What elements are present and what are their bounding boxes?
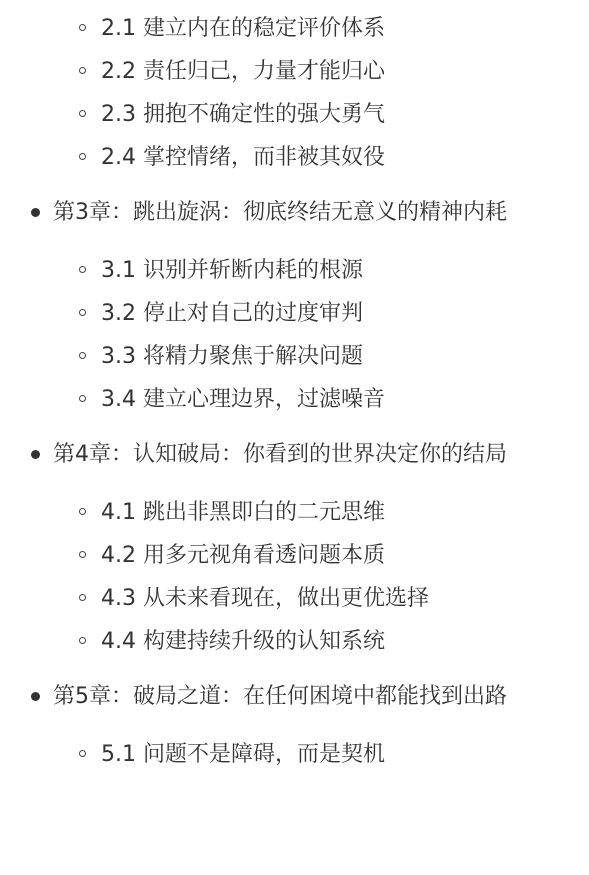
document-outline: 2.1 建立内在的稳定评价体系 2.2 责任归己，力量才能归心 2.3 拥抱不确… (0, 0, 589, 776)
section-item: 3.3 将精力聚焦于解决问题 (0, 335, 589, 378)
section-item: 2.4 掌控情绪，而非被其奴役 (0, 136, 589, 179)
section-label: 4.1 跳出非黑即白的二元思维 (101, 500, 385, 525)
hollow-bullet-icon (79, 551, 86, 558)
hollow-bullet-icon (79, 594, 86, 601)
filled-bullet-icon (31, 692, 40, 701)
section-item: 2.3 拥抱不确定性的强大勇气 (0, 93, 589, 136)
section-item: 3.1 识别并斩断内耗的根源 (0, 249, 589, 292)
chapter-4-sections: 4.1 跳出非黑即白的二元思维 4.2 用多元视角看透问题本质 4.3 从未来看… (0, 491, 589, 663)
chapter-title-text: 第3章：跳出旋涡：彻底终结无意义的精神内耗 (53, 200, 507, 225)
section-item: 2.1 建立内在的稳定评价体系 (0, 7, 589, 50)
section-label: 2.4 掌控情绪，而非被其奴役 (101, 145, 385, 170)
section-item: 2.2 责任归己，力量才能归心 (0, 50, 589, 93)
section-item: 5.1 问题不是障碍，而是契机 (0, 733, 589, 776)
section-label: 3.2 停止对自己的过度审判 (101, 301, 363, 326)
chapter-5: 第5章：破局之道：在任何困境中都能找到出路 5.1 问题不是障碍，而是契机 (0, 679, 589, 776)
section-item: 3.2 停止对自己的过度审判 (0, 292, 589, 335)
hollow-bullet-icon (79, 508, 86, 515)
section-label: 3.3 将精力聚焦于解决问题 (101, 344, 363, 369)
hollow-bullet-icon (79, 637, 86, 644)
chapter-title: 第3章：跳出旋涡：彻底终结无意义的精神内耗 (0, 195, 533, 230)
hollow-bullet-icon (79, 153, 86, 160)
filled-bullet-icon (31, 450, 40, 459)
hollow-bullet-icon (79, 24, 86, 31)
section-label: 2.3 拥抱不确定性的强大勇气 (101, 102, 385, 127)
section-item: 4.1 跳出非黑即白的二元思维 (0, 491, 589, 534)
chapter-title-text: 第4章：认知破局：你看到的世界决定你的结局 (53, 442, 507, 467)
section-label: 4.3 从未来看现在，做出更优选择 (101, 586, 429, 611)
section-label: 2.1 建立内在的稳定评价体系 (101, 16, 385, 41)
chapter-2-sections: 2.1 建立内在的稳定评价体系 2.2 责任归己，力量才能归心 2.3 拥抱不确… (0, 0, 589, 179)
section-item: 4.2 用多元视角看透问题本质 (0, 534, 589, 577)
section-label: 3.4 建立心理边界，过滤噪音 (101, 387, 385, 412)
chapter-5-sections: 5.1 问题不是障碍，而是契机 (0, 733, 589, 776)
section-label: 4.4 构建持续升级的认知系统 (101, 629, 385, 654)
section-item: 3.4 建立心理边界，过滤噪音 (0, 378, 589, 421)
hollow-bullet-icon (79, 110, 86, 117)
section-label: 5.1 问题不是障碍，而是契机 (101, 742, 385, 767)
section-item: 4.3 从未来看现在，做出更优选择 (0, 577, 589, 620)
section-item: 4.4 构建持续升级的认知系统 (0, 620, 589, 663)
chapter-3: 第3章：跳出旋涡：彻底终结无意义的精神内耗 3.1 识别并斩断内耗的根源 3.2… (0, 195, 589, 421)
hollow-bullet-icon (79, 750, 86, 757)
chapter-3-sections: 3.1 识别并斩断内耗的根源 3.2 停止对自己的过度审判 3.3 将精力聚焦于… (0, 249, 589, 421)
section-label: 4.2 用多元视角看透问题本质 (101, 543, 385, 568)
section-label: 2.2 责任归己，力量才能归心 (101, 59, 385, 84)
chapter-title-text: 第5章：破局之道：在任何困境中都能找到出路 (53, 684, 507, 709)
hollow-bullet-icon (79, 266, 86, 273)
chapter-list: 第3章：跳出旋涡：彻底终结无意义的精神内耗 3.1 识别并斩断内耗的根源 3.2… (0, 195, 589, 776)
hollow-bullet-icon (79, 395, 86, 402)
chapter-title: 第4章：认知破局：你看到的世界决定你的结局 (0, 437, 533, 472)
hollow-bullet-icon (79, 309, 86, 316)
hollow-bullet-icon (79, 352, 86, 359)
section-label: 3.1 识别并斩断内耗的根源 (101, 258, 363, 283)
hollow-bullet-icon (79, 67, 86, 74)
chapter-4: 第4章：认知破局：你看到的世界决定你的结局 4.1 跳出非黑即白的二元思维 4.… (0, 437, 589, 663)
filled-bullet-icon (31, 208, 40, 217)
chapter-title: 第5章：破局之道：在任何困境中都能找到出路 (0, 679, 533, 714)
